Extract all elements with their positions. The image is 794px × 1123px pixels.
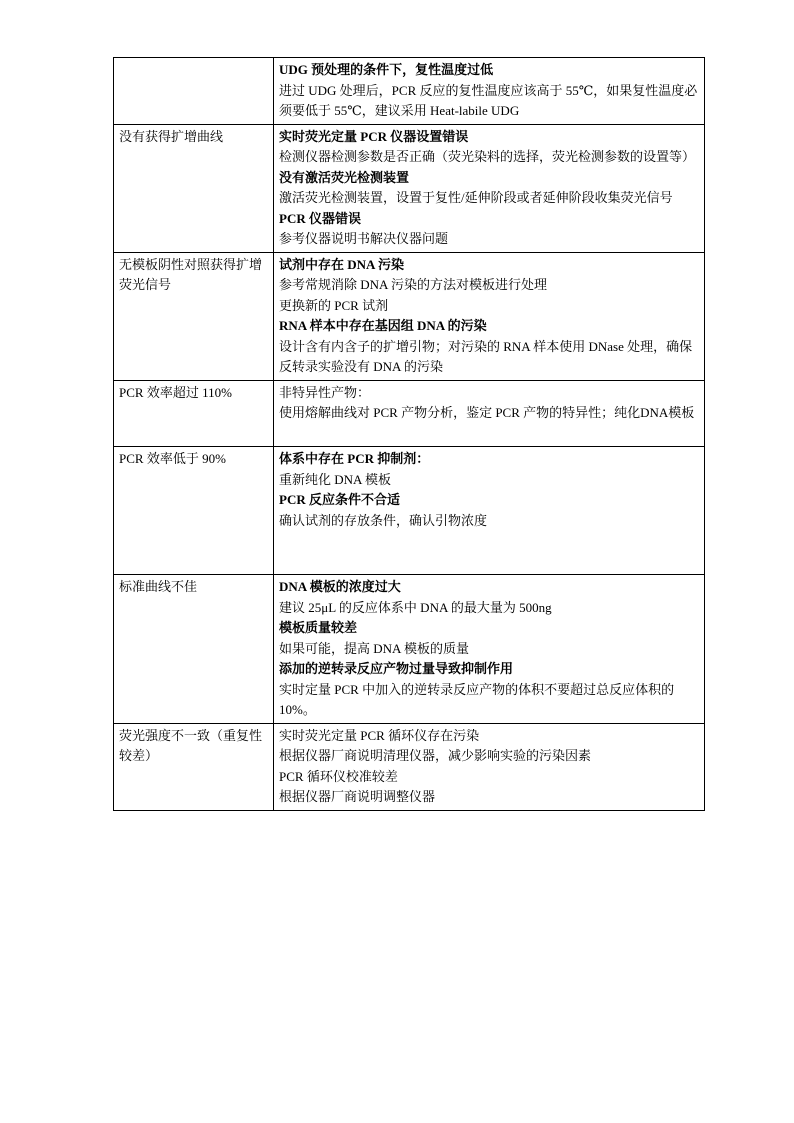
problem-text: PCR 效率超过 110% — [119, 383, 268, 404]
solution-text: 激活荧光检测装置，设置于复性/延伸阶段或者延伸阶段收集荧光信号 — [279, 188, 699, 209]
solution-cell: 非特异性产物：使用熔解曲线对 PCR 产物分析，鉴定 PCR 产物的特异性；纯化… — [274, 380, 705, 447]
solution-text: 检测仪器检测参数是否正确（荧光染料的选择，荧光检测参数的设置等） — [279, 147, 699, 168]
solution-text: 更换新的 PCR 试剂 — [279, 296, 699, 317]
solution-text: 确认试剂的存放条件，确认引物浓度 — [279, 511, 699, 532]
table-row: 没有获得扩增曲线实时荧光定量 PCR 仪器设置错误检测仪器检测参数是否正确（荧光… — [114, 124, 705, 252]
pcr-troubleshooting-table: UDG 预处理的条件下，复性温度过低进过 UDG 处理后，PCR 反应的复性温度… — [113, 57, 705, 811]
solution-text: 实时荧光定量 PCR 循环仪存在污染 — [279, 726, 699, 747]
table-row: 荧光强度不一致（重复性较差）实时荧光定量 PCR 循环仪存在污染根据仪器厂商说明… — [114, 723, 705, 810]
problem-cell — [114, 58, 274, 125]
problem-text: PCR 效率低于 90% — [119, 449, 268, 470]
solution-text: 实时定量 PCR 中加入的逆转录反应产物的体积不要超过总反应体积的 10%。 — [279, 680, 699, 721]
solution-heading: 体系中存在 PCR 抑制剂： — [279, 449, 699, 470]
solution-text: 参考常规消除 DNA 污染的方法对模板进行处理 — [279, 275, 699, 296]
solution-text: 建议 25μL 的反应体系中 DNA 的最大量为 500ng — [279, 598, 699, 619]
solution-cell: 体系中存在 PCR 抑制剂：重新纯化 DNA 模板PCR 反应条件不合适确认试剂… — [274, 447, 705, 575]
problem-text: 标准曲线不佳 — [119, 577, 268, 598]
solution-heading: 模板质量较差 — [279, 618, 699, 639]
problem-cell: PCR 效率低于 90% — [114, 447, 274, 575]
document-page: UDG 预处理的条件下，复性温度过低进过 UDG 处理后，PCR 反应的复性温度… — [0, 0, 794, 1123]
table-row: 标准曲线不佳DNA 模板的浓度过大建议 25μL 的反应体系中 DNA 的最大量… — [114, 575, 705, 724]
solution-heading: 没有激活荧光检测装置 — [279, 168, 699, 189]
solution-heading: RNA 样本中存在基因组 DNA 的污染 — [279, 316, 699, 337]
solution-heading: PCR 仪器错误 — [279, 209, 699, 230]
solution-text: PCR 循环仪校准较差 — [279, 767, 699, 788]
table-row: 无模板阴性对照获得扩增荧光信号试剂中存在 DNA 污染参考常规消除 DNA 污染… — [114, 252, 705, 380]
solution-text: 使用熔解曲线对 PCR 产物分析，鉴定 PCR 产物的特异性；纯化DNA模板 — [279, 403, 699, 424]
solution-cell: 试剂中存在 DNA 污染参考常规消除 DNA 污染的方法对模板进行处理更换新的 … — [274, 252, 705, 380]
solution-text: 重新纯化 DNA 模板 — [279, 470, 699, 491]
solution-text: 参考仪器说明书解决仪器问题 — [279, 229, 699, 250]
table-row: PCR 效率超过 110%非特异性产物：使用熔解曲线对 PCR 产物分析，鉴定 … — [114, 380, 705, 447]
problem-cell: 没有获得扩增曲线 — [114, 124, 274, 252]
solution-cell: UDG 预处理的条件下，复性温度过低进过 UDG 处理后，PCR 反应的复性温度… — [274, 58, 705, 125]
solution-text: 如果可能，提高 DNA 模板的质量 — [279, 639, 699, 660]
problem-cell: 无模板阴性对照获得扩增荧光信号 — [114, 252, 274, 380]
solution-text — [279, 531, 699, 552]
solution-heading: UDG 预处理的条件下，复性温度过低 — [279, 60, 699, 81]
solution-heading: 添加的逆转录反应产物过量导致抑制作用 — [279, 659, 699, 680]
solution-heading: 试剂中存在 DNA 污染 — [279, 255, 699, 276]
solution-text: 根据仪器厂商说明调整仪器 — [279, 787, 699, 808]
problem-text — [119, 60, 268, 81]
problem-text: 无模板阴性对照获得扩增荧光信号 — [119, 255, 268, 296]
solution-cell: 实时荧光定量 PCR 循环仪存在污染根据仪器厂商说明清理仪器，减少影响实验的污染… — [274, 723, 705, 810]
solution-cell: DNA 模板的浓度过大建议 25μL 的反应体系中 DNA 的最大量为 500n… — [274, 575, 705, 724]
solution-text: 设计含有内含子的扩增引物；对污染的 RNA 样本使用 DNase 处理，确保反转… — [279, 337, 699, 378]
solution-text — [279, 424, 699, 445]
solution-cell: 实时荧光定量 PCR 仪器设置错误检测仪器检测参数是否正确（荧光染料的选择，荧光… — [274, 124, 705, 252]
solution-heading: DNA 模板的浓度过大 — [279, 577, 699, 598]
solution-text: 进过 UDG 处理后，PCR 反应的复性温度应该高于 55℃，如果复性温度必须要… — [279, 81, 699, 122]
solution-heading: 实时荧光定量 PCR 仪器设置错误 — [279, 127, 699, 148]
problem-cell: 标准曲线不佳 — [114, 575, 274, 724]
solution-text: 根据仪器厂商说明清理仪器，减少影响实验的污染因素 — [279, 746, 699, 767]
problem-text: 没有获得扩增曲线 — [119, 127, 268, 148]
solution-text — [279, 552, 699, 573]
table-row: UDG 预处理的条件下，复性温度过低进过 UDG 处理后，PCR 反应的复性温度… — [114, 58, 705, 125]
problem-text: 荧光强度不一致（重复性较差） — [119, 726, 268, 767]
solution-heading: PCR 反应条件不合适 — [279, 490, 699, 511]
solution-text: 非特异性产物： — [279, 383, 699, 404]
table-row: PCR 效率低于 90%体系中存在 PCR 抑制剂：重新纯化 DNA 模板PCR… — [114, 447, 705, 575]
table-body: UDG 预处理的条件下，复性温度过低进过 UDG 处理后，PCR 反应的复性温度… — [114, 58, 705, 811]
problem-cell: 荧光强度不一致（重复性较差） — [114, 723, 274, 810]
problem-cell: PCR 效率超过 110% — [114, 380, 274, 447]
